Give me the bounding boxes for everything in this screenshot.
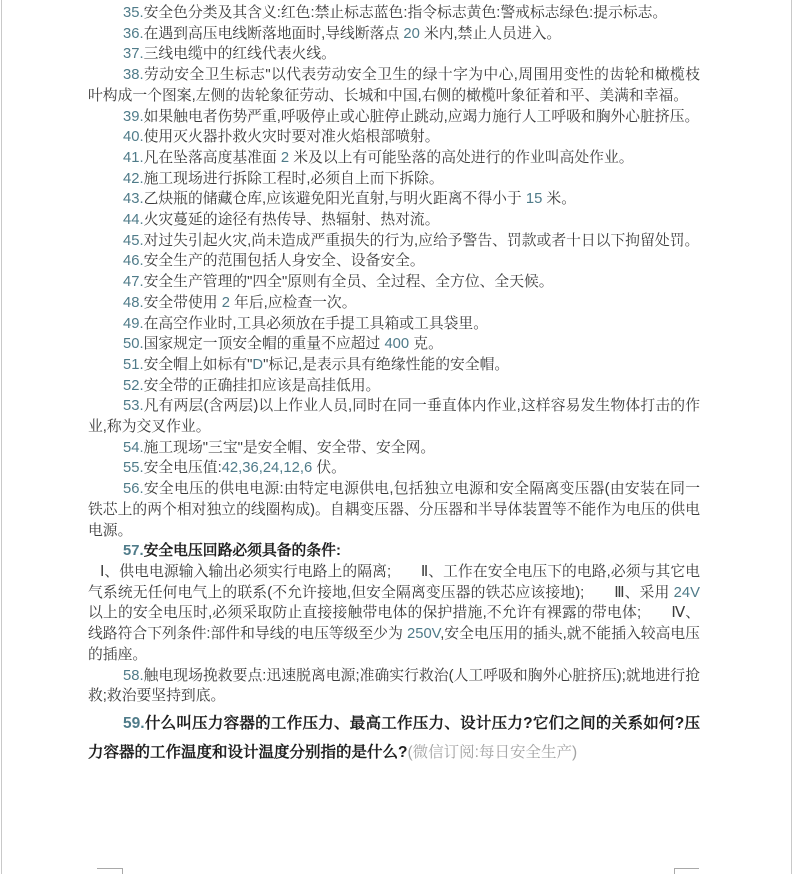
text-segment: 在高空作业时,工具必须放在手提工具箱或工具袋里。 — [144, 316, 488, 332]
paragraph-50: 50.国家规定一顶安全帽的重量不应超过 400 克。 — [88, 334, 700, 355]
text-segment: 56. — [123, 481, 144, 497]
text-segment: 48. — [123, 295, 144, 311]
text-segment: 凡在坠落高度基准面 — [144, 150, 281, 166]
text-segment: 三线电缆中的红线代表火线。 — [144, 46, 336, 62]
paragraph-38: 38.劳动安全卫生标志"以代表劳动安全卫生的绿十字为中心,周围用变性的齿轮和橄榄… — [88, 65, 700, 106]
text-segment: 59. — [123, 715, 145, 732]
text-segment: 52. — [123, 378, 144, 394]
paragraph-48: 48.安全带使用 2 年后,应检查一次。 — [88, 293, 700, 314]
text-segment: 安全电压的供电电源:由特定电源供电,包括独立电源和安全隔离变压器(由安装在同一铁… — [88, 481, 700, 538]
text-segment: D — [252, 357, 263, 373]
text-segment: 米及以上有可能坠落的高处进行的作业叫高处作业。 — [289, 150, 633, 166]
text-segment: 2 — [222, 295, 230, 311]
text-segment: 47. — [123, 274, 144, 290]
text-segment: 年后,应检查一次。 — [230, 295, 357, 311]
text-segment: 42. — [123, 171, 144, 187]
paragraph-56: 56.安全电压的供电电源:由特定电源供电,包括独立电源和安全隔离变压器(由安装在… — [88, 479, 700, 541]
document-page: 35.安全色分类及其含义:红色:禁止标志蓝色:指令标志黄色:警戒标志绿色:提示标… — [0, 0, 796, 874]
paragraph-54: 54.施工现场"三宝"是安全帽、安全带、安全网。 — [88, 438, 700, 459]
text-segment: 36. — [123, 26, 144, 42]
text-segment: 触电现场挽救要点:迅速脱离电源;准确实行救治(人工呼吸和胸外心脏挤压);就地进行… — [88, 668, 700, 705]
page-left-edge — [1, 0, 2, 874]
text-segment: 24V — [674, 585, 700, 601]
text-segment: 对过失引起火灾,尚未造成严重损失的行为,应给予警告、罚款或者十日以下拘留处罚。 — [144, 233, 700, 249]
text-segment: 什么叫压力容器的工作压力、最高工作压力、设计压力?它们之间的关系如何?压力容器的… — [88, 715, 700, 761]
paragraph-58: 58.触电现场挽救要点:迅速脱离电源;准确实行救治(人工呼吸和胸外心脏挤压);就… — [88, 666, 700, 707]
text-segment: 乙炔瓶的储藏仓库,应该避免阳光直射,与明火距离不得小于 — [144, 191, 526, 207]
text-segment: 安全电压值: — [144, 460, 222, 476]
text-segment: 400 — [384, 336, 409, 352]
text-segment: 49. — [123, 316, 144, 332]
paragraph-44: 44.火灾蔓延的途径有热传导、热辐射、热对流。 — [88, 210, 700, 231]
text-boundary-mark-right — [674, 868, 699, 874]
paragraph-52: 52.安全带的正确挂扣应该是高挂低用。 — [88, 376, 700, 397]
text-segment: 15 — [526, 191, 542, 207]
text-segment: 42,36,24,12,6 — [222, 460, 313, 476]
text-segment: 如果触电者伤势严重,呼吸停止或心脏停止跳动,应竭力施行人工呼吸和胸外心脏挤压。 — [144, 109, 700, 125]
text-segment: 37. — [123, 46, 144, 62]
text-segment: 安全生产的范围包括人身安全、设备安全。 — [144, 253, 425, 269]
page-right-edge — [791, 0, 792, 874]
paragraph-36: 36.在遇到高压电线断落地面时,导线断落点 20 米内,禁止人员进入。 — [88, 24, 700, 45]
paragraph-46: 46.安全生产的范围包括人身安全、设备安全。 — [88, 251, 700, 272]
text-segment: 劳动安全卫生标志"以代表劳动安全卫生的绿十字为中心,周围用变性的齿轮和橄榄枝叶构… — [88, 67, 700, 104]
paragraph-37: 37.三线电缆中的红线代表火线。 — [88, 44, 700, 65]
text-segment: 39. — [123, 109, 144, 125]
paragraph-57-conditions: Ⅰ、供电电源输入输出必须实行电路上的隔离; Ⅱ、工作在安全电压下的电路,必须与其… — [88, 562, 700, 666]
text-segment: 54. — [123, 440, 144, 456]
text-segment: 40. — [123, 129, 144, 145]
text-segment: (微信订阅:每日安全生产) — [407, 744, 577, 761]
paragraph-35: 35.安全色分类及其含义:红色:禁止标志蓝色:指令标志黄色:警戒标志绿色:提示标… — [88, 3, 700, 24]
text-segment: 克。 — [409, 336, 443, 352]
text-segment: 57. — [123, 543, 144, 559]
text-segment: 53. — [123, 398, 144, 414]
text-boundary-mark-left — [97, 868, 123, 874]
text-segment: 58. — [123, 668, 144, 684]
text-segment: 250V — [407, 626, 440, 642]
text-segment: 安全带使用 — [144, 295, 222, 311]
text-segment: "标记,是表示具有绝缘性能的安全帽。 — [263, 357, 509, 373]
text-segment: 凡有两层(含两层)以上作业人员,同时在同一垂直体内作业,这样容易发生物体打击的作… — [88, 398, 700, 435]
text-segment: 41. — [123, 150, 144, 166]
text-segment: 51. — [123, 357, 144, 373]
text-segment: 55. — [123, 460, 144, 476]
text-segment: 米。 — [542, 191, 576, 207]
paragraph-55: 55.安全电压值:42,36,24,12,6 伏。 — [88, 458, 700, 479]
text-segment: 使用灭火器扑救火灾时要对准火焰根部喷射。 — [144, 129, 440, 145]
paragraph-47: 47.安全生产管理的"四全"原则有全员、全过程、全方位、全天候。 — [88, 272, 700, 293]
text-segment: 44. — [123, 212, 144, 228]
text-segment: 50. — [123, 336, 144, 352]
text-segment: 施工现场"三宝"是安全帽、安全带、安全网。 — [144, 440, 436, 456]
text-segment: 46. — [123, 253, 144, 269]
text-segment: 35. — [123, 5, 144, 21]
paragraph-42: 42.施工现场进行拆除工程时,必须自上而下拆除。 — [88, 169, 700, 190]
paragraph-59: 59.什么叫压力容器的工作压力、最高工作压力、设计压力?它们之间的关系如何?压力… — [88, 709, 700, 767]
text-segment: 施工现场进行拆除工程时,必须自上而下拆除。 — [144, 171, 444, 187]
paragraph-53: 53.凡有两层(含两层)以上作业人员,同时在同一垂直体内作业,这样容易发生物体打… — [88, 396, 700, 437]
paragraph-41: 41.凡在坠落高度基准面 2 米及以上有可能坠落的高处进行的作业叫高处作业。 — [88, 148, 700, 169]
text-segment: 38. — [123, 67, 144, 83]
paragraph-43: 43.乙炔瓶的储藏仓库,应该避免阳光直射,与明火距离不得小于 15 米。 — [88, 189, 700, 210]
text-segment: 火灾蔓延的途径有热传导、热辐射、热对流。 — [144, 212, 440, 228]
text-segment: 20 — [403, 26, 419, 42]
paragraph-45: 45.对过失引起火灾,尚未造成严重损失的行为,应给予警告、罚款或者十日以下拘留处… — [88, 231, 700, 252]
text-segment: 安全色分类及其含义:红色:禁止标志蓝色:指令标志黄色:警戒标志绿色:提示标志。 — [144, 5, 668, 21]
paragraph-49: 49.在高空作业时,工具必须放在手提工具箱或工具袋里。 — [88, 314, 700, 335]
text-segment: 安全带的正确挂扣应该是高挂低用。 — [144, 378, 381, 394]
text-segment: 43. — [123, 191, 144, 207]
paragraph-40: 40.使用灭火器扑救火灾时要对准火焰根部喷射。 — [88, 127, 700, 148]
text-segment: 45. — [123, 233, 144, 249]
text-segment: 伏。 — [312, 460, 346, 476]
text-segment: 安全生产管理的"四全"原则有全员、全过程、全方位、全天候。 — [144, 274, 554, 290]
text-segment: 安全电压回路必须具备的条件: — [144, 543, 341, 559]
text-segment: Ⅰ、供电电源输入输出必须实行电路上的隔离; Ⅱ、工作在安全电压下的电路,必须与其… — [88, 564, 700, 601]
paragraph-51: 51.安全帽上如标有"D"标记,是表示具有绝缘性能的安全帽。 — [88, 355, 700, 376]
paragraph-57-heading: 57.安全电压回路必须具备的条件: — [88, 541, 700, 562]
document-body: 35.安全色分类及其含义:红色:禁止标志蓝色:指令标志黄色:警戒标志绿色:提示标… — [88, 3, 700, 767]
text-segment: 在遇到高压电线断落地面时,导线断落点 — [144, 26, 404, 42]
text-segment: 安全帽上如标有" — [144, 357, 253, 373]
text-segment: 2 — [281, 150, 289, 166]
text-segment: 国家规定一顶安全帽的重量不应超过 — [144, 336, 385, 352]
text-segment: 米内,禁止人员进入。 — [420, 26, 561, 42]
paragraph-39: 39.如果触电者伤势严重,呼吸停止或心脏停止跳动,应竭力施行人工呼吸和胸外心脏挤… — [88, 107, 700, 128]
